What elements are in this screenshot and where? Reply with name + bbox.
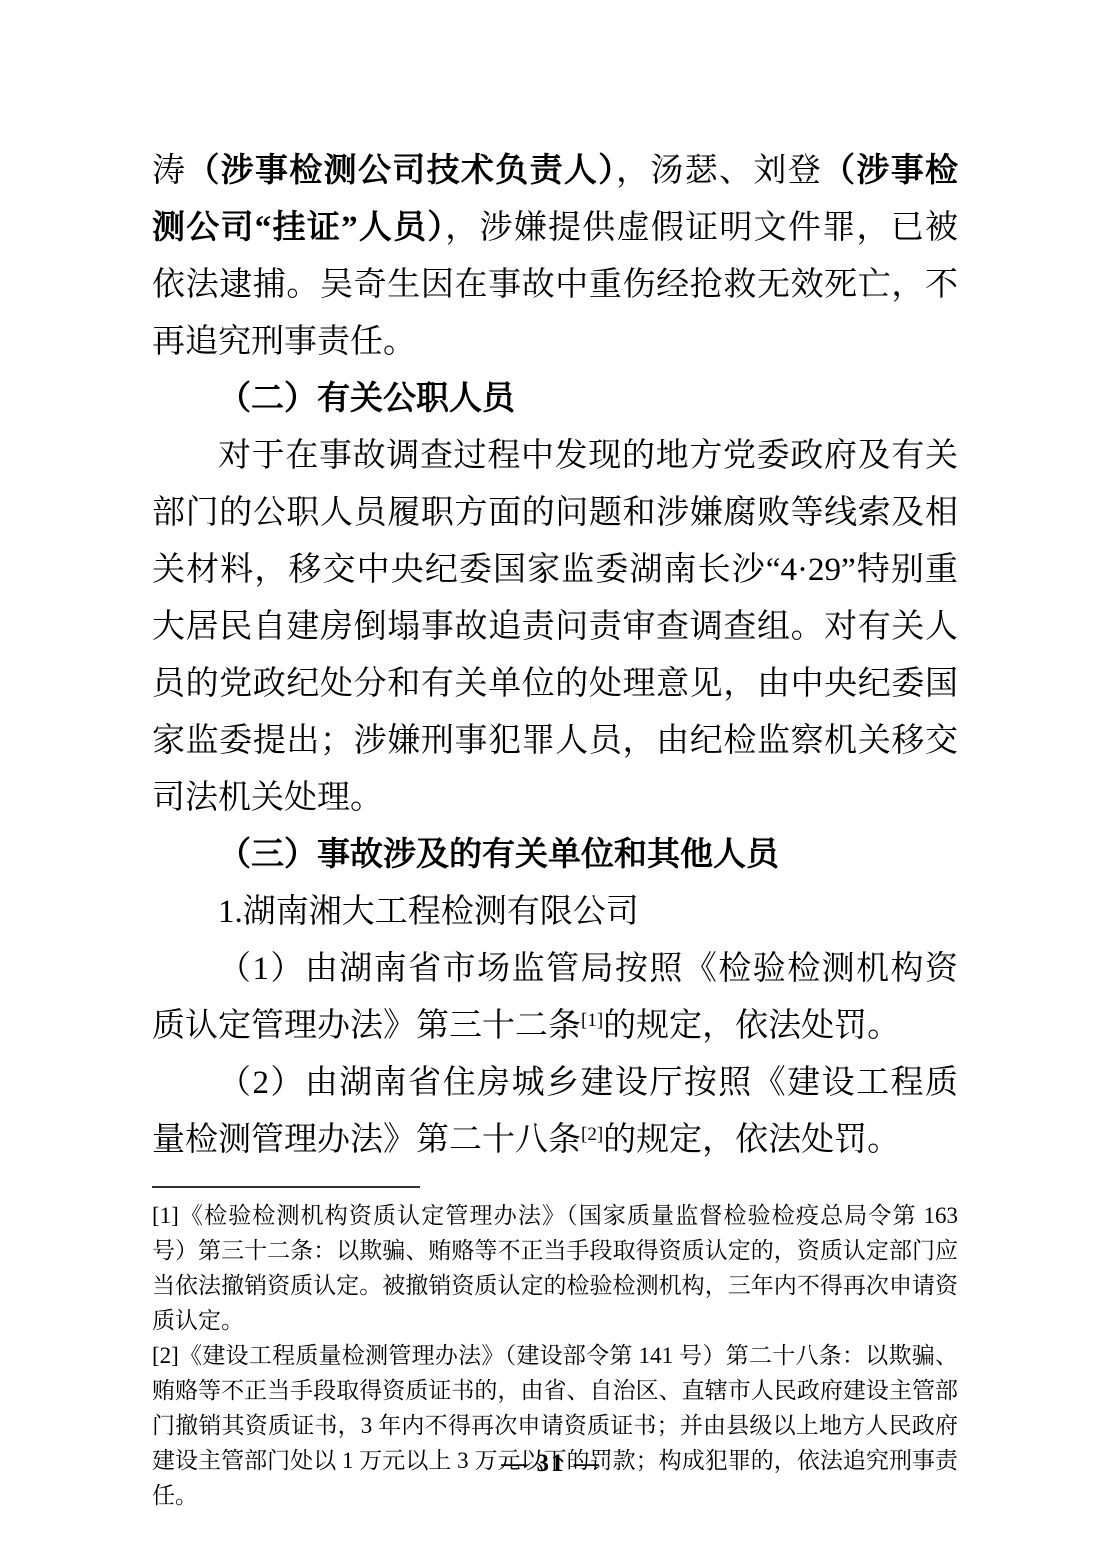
subheading-company-1: 1.湖南湘大工程检测有限公司: [152, 884, 958, 941]
paragraph-penalty-1: （1）由湖南省市场监管局按照《检验检测机构资质认定管理办法》第三十二条[1]的规…: [152, 941, 958, 1055]
bold-parenthetical-note: （涉事检测公司技术负责人）: [186, 153, 616, 189]
paragraph-text: 涛: [152, 153, 186, 189]
footnote-1: [1]《检验检测机构资质认定管理办法》（国家质量监督检验检疫总局令第 163 号…: [152, 1198, 958, 1338]
section-heading-2: （二）有关公职人员: [152, 371, 958, 428]
paragraph-text: ，汤瑟、刘登: [616, 153, 822, 189]
document-page: 涛（涉事检测公司技术负责人），汤瑟、刘登（涉事检测公司“挂证”人员），涉嫌提供虚…: [0, 0, 1102, 1559]
footnote-separator: [152, 1186, 420, 1188]
footnote-ref-2: [2]: [581, 1124, 603, 1145]
paragraph-public-officials: 对于在事故调查过程中发现的地方党委政府及有关部门的公职人员履职方面的问题和涉嫌腐…: [152, 428, 958, 827]
footnote-ref-1: [1]: [581, 1010, 603, 1031]
page-number: — 31 —: [501, 1450, 601, 1477]
document-body: 涛（涉事检测公司技术负责人），汤瑟、刘登（涉事检测公司“挂证”人员），涉嫌提供虚…: [152, 143, 958, 1169]
page-footer: — 31 —: [0, 1450, 1102, 1478]
paragraph-penalty-2: （2）由湖南省住房城乡建设厅按照《建设工程质量检测管理办法》第二十八条[2]的规…: [152, 1055, 958, 1169]
paragraph-text: 的规定，依法处罚。: [603, 1122, 900, 1158]
paragraph-continuation: 涛（涉事检测公司技术负责人），汤瑟、刘登（涉事检测公司“挂证”人员），涉嫌提供虚…: [152, 143, 958, 371]
section-heading-3: （三）事故涉及的有关单位和其他人员: [152, 827, 958, 884]
paragraph-text: 的规定，依法处罚。: [603, 1008, 900, 1044]
footnote-2: [2]《建设工程质量检测管理办法》（建设部令第 141 号）第二十八条：以欺骗、…: [152, 1338, 958, 1513]
